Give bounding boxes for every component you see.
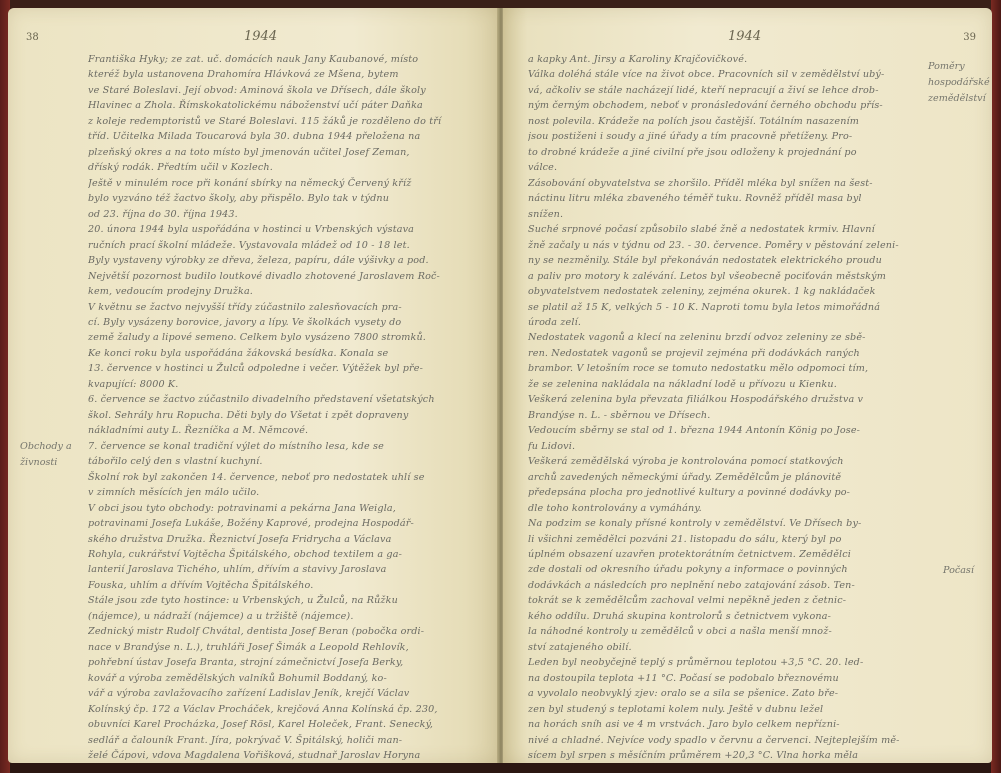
text-line: la náhodné kontroly u zemědělců v obci a… bbox=[528, 624, 938, 639]
text-line: Suché srpnové počasí způsobilo slabé žně… bbox=[528, 222, 938, 237]
text-line: li všichni zemědělci pozváni 21. listopa… bbox=[528, 532, 938, 547]
text-line: a vyvolalo neobvyklý zjev: oralo se a si… bbox=[528, 686, 938, 701]
text-line: zde dostali od okresního úřadu pokyny a … bbox=[528, 562, 938, 577]
text-line: 13. července v hostinci u Žulců odpoledn… bbox=[88, 361, 493, 376]
text-line: Rohyla, cukrářství Vojtěcha Špitálského,… bbox=[88, 547, 493, 562]
text-line: Ke konci roku byla uspořádána žákovská b… bbox=[88, 346, 493, 361]
text-line: želé Čápovi, vdova Magdalena Vořišková, … bbox=[88, 748, 493, 763]
page-number: 39 bbox=[963, 32, 976, 43]
text-line: Válka doléhá stále více na život obce. P… bbox=[528, 67, 938, 82]
text-line: sícem byl srpen s měsíčním průměrem +20,… bbox=[528, 748, 938, 763]
margin-note-obchody: Obchody a živnosti bbox=[20, 439, 80, 471]
text-line: Veškerá zelenina byla převzata filiálkou… bbox=[528, 392, 938, 407]
year-header: 1944 bbox=[728, 29, 761, 44]
text-line: ren. Nedostatek vagonů se projevil zejmé… bbox=[528, 346, 938, 361]
text-line: předepsána plocha pro jednotlivé kultury… bbox=[528, 485, 938, 500]
text-line: že se zelenina nakládala na nákladní lod… bbox=[528, 377, 938, 392]
text-line: sedlář a čalouník Frant. Jíra, pokrývač … bbox=[88, 733, 493, 748]
text-line: brambor. V letošním roce se tomuto nedos… bbox=[528, 361, 938, 376]
text-line: kem, vedoucím prodejny Družka. bbox=[88, 284, 493, 299]
text-line: Školní rok byl zakončen 14. července, ne… bbox=[88, 470, 493, 485]
left-page: 38 1944 Obchody a živnosti Františka Hyk… bbox=[8, 8, 500, 763]
text-line: plzeňský okres a na toto místo byl jmeno… bbox=[88, 145, 493, 160]
text-line: 20. února 1944 byla uspořádána v hostinc… bbox=[88, 222, 493, 237]
text-line: ným černým obchodem, neboť v pronásledov… bbox=[528, 98, 938, 113]
handwritten-text-block: Františka Hyky; ze zat. uč. domácích nau… bbox=[88, 52, 493, 764]
text-line: Ještě v minulém roce při konání sbírky n… bbox=[88, 176, 493, 191]
text-line: dříský rodák. Předtím učil v Kozlech. bbox=[88, 160, 493, 175]
text-line: tříd. Učitelka Milada Toucarová byla 30.… bbox=[88, 129, 493, 144]
text-line: bylo vyzváno též žactvo školy, aby přisp… bbox=[88, 191, 493, 206]
text-line: snížen. bbox=[528, 207, 938, 222]
text-line: V květnu se žactvo nejvyšší třídy zúčast… bbox=[88, 300, 493, 315]
text-line: Na podzim se konaly přísné kontroly v ze… bbox=[528, 516, 938, 531]
text-line: 7. července se konal tradiční výlet do m… bbox=[88, 439, 493, 454]
text-line: Vedoucím sběrny se stal od 1. března 194… bbox=[528, 423, 938, 438]
text-line: ství zatajeného obilí. bbox=[528, 640, 938, 655]
text-line: ny se nezměnily. Stále byl překonáván ne… bbox=[528, 253, 938, 268]
text-line: nost polevila. Krádeže na polích jsou ča… bbox=[528, 114, 938, 129]
text-line: Zednický mistr Rudolf Chvátal, dentista … bbox=[88, 624, 493, 639]
text-line: úplném obsazení uzavřen protektorátním č… bbox=[528, 547, 938, 562]
text-line: kého oddílu. Druhá skupina kontrolorů s … bbox=[528, 609, 938, 624]
text-line: lanterií Jaroslava Tichého, uhlím, dříví… bbox=[88, 562, 493, 577]
text-line: fu Lidovi. bbox=[528, 439, 938, 454]
text-line: kovář a výroba zemědělských valníků Bohu… bbox=[88, 671, 493, 686]
text-line: Nedostatek vagonů a klecí na zeleninu br… bbox=[528, 330, 938, 345]
right-page: 1944 39 Poměry hospodářské zemědělství P… bbox=[503, 8, 992, 763]
text-line: škol. Sehrály hru Ropucha. Děti byly do … bbox=[88, 408, 493, 423]
text-line: žně začaly u nás v týdnu od 23. - 30. če… bbox=[528, 238, 938, 253]
text-line: Stále jsou zde tyto hostince: u Vrbenský… bbox=[88, 593, 493, 608]
text-line: Fouska, uhlím a dřívím Vojtěcha Špitálsk… bbox=[88, 578, 493, 593]
text-line: vá, ačkoliv se stále nacházejí lidé, kte… bbox=[528, 83, 938, 98]
text-line: na horách sníh asi ve 4 m vrstvách. Jaro… bbox=[528, 717, 938, 732]
text-line: Františka Hyky; ze zat. uč. domácích nau… bbox=[88, 52, 493, 67]
text-line: (nájemce), u nádraží (nájemce) a u tržiš… bbox=[88, 609, 493, 624]
text-line: Veškerá zemědělská výroba je kontrolován… bbox=[528, 454, 938, 469]
handwritten-text-block: a kapky Ant. Jirsy a Karoliny Krajčovičk… bbox=[528, 52, 938, 764]
text-line: Zásobování obyvatelstva se zhoršilo. Pří… bbox=[528, 176, 938, 191]
open-book: 38 1944 Obchody a živnosti Františka Hyk… bbox=[0, 0, 1001, 773]
text-line: země žaludy a lipové semeno. Celkem bylo… bbox=[88, 330, 493, 345]
text-line: dodávkách a následcích pro neplnění nebo… bbox=[528, 578, 938, 593]
text-line: Leden byl neobyčejně teplý s průměrnou t… bbox=[528, 655, 938, 670]
text-line: a paliv pro motory k zalévání. Letos byl… bbox=[528, 269, 938, 284]
margin-note-pocasi: Počasí bbox=[943, 563, 989, 579]
text-line: jsou postiženi i soudy a jiné úřady a tí… bbox=[528, 129, 938, 144]
text-line: náctinu litru mléka zbaveného téměř tuku… bbox=[528, 191, 938, 206]
text-line: Brandýse n. L. - sběrnou ve Dřísech. bbox=[528, 408, 938, 423]
text-line: dle toho kontrolovány a vymáhány. bbox=[528, 501, 938, 516]
text-line: potravinami Josefa Lukáše, Božény Kaprov… bbox=[88, 516, 493, 531]
text-line: ského družstva Družka. Řeznictví Josefa … bbox=[88, 532, 493, 547]
book-cover-right-edge bbox=[991, 0, 1001, 773]
text-line: tokrát se k zemědělcům zachoval velmi ne… bbox=[528, 593, 938, 608]
text-line: kteréž byla ustanovena Drahomíra Hlávkov… bbox=[88, 67, 493, 82]
text-line: kvapující: 8000 K. bbox=[88, 377, 493, 392]
text-line: Největší pozornost budilo loutkové divad… bbox=[88, 269, 493, 284]
text-line: a kapky Ant. Jirsy a Karoliny Krajčovičk… bbox=[528, 52, 938, 67]
text-line: od 23. října do 30. října 1943. bbox=[88, 207, 493, 222]
text-line: Byly vystaveny výrobky ze dřeva, železa,… bbox=[88, 253, 493, 268]
text-line: Kolínský čp. 172 a Václav Procháček, kre… bbox=[88, 702, 493, 717]
text-line: Hlavinec a Zhola. Římskokatolickému nábo… bbox=[88, 98, 493, 113]
text-line: na dostoupila teplota +11 °C. Počasí se … bbox=[528, 671, 938, 686]
text-line: vář a výroba zavlažovacího zařízení Ladi… bbox=[88, 686, 493, 701]
page-number: 38 bbox=[26, 32, 39, 43]
text-line: 6. července se žactvo zúčastnilo divadel… bbox=[88, 392, 493, 407]
year-header: 1944 bbox=[244, 29, 277, 44]
text-line: nákladními auty L. Řezníčka a M. Němcové… bbox=[88, 423, 493, 438]
text-line: pohřební ústav Josefa Branta, strojní zá… bbox=[88, 655, 493, 670]
text-line: zen byl studený s teplotami kolem nuly. … bbox=[528, 702, 938, 717]
text-line: ve Staré Boleslavi. Její obvod: Aminová … bbox=[88, 83, 493, 98]
text-line: obyvatelstvem nedostatek zeleniny, zejmé… bbox=[528, 284, 938, 299]
text-line: se platil až 15 K, velkých 5 - 10 K. Nap… bbox=[528, 300, 938, 315]
text-line: válce. bbox=[528, 160, 938, 175]
text-line: V obci jsou tyto obchody: potravinami a … bbox=[88, 501, 493, 516]
text-line: to drobné krádeže a jiné civilní pře jso… bbox=[528, 145, 938, 160]
text-line: úroda zelí. bbox=[528, 315, 938, 330]
text-line: obuvníci Karel Procházka, Josef Rösl, Ka… bbox=[88, 717, 493, 732]
text-line: ručních prací školní mládeže. Vystavoval… bbox=[88, 238, 493, 253]
text-line: nace v Brandýse n. L.), truhláři Josef Š… bbox=[88, 640, 493, 655]
text-line: v zimních měsících jen málo učilo. bbox=[88, 485, 493, 500]
text-line: cí. Byly vysázeny borovice, javory a líp… bbox=[88, 315, 493, 330]
text-line: archů zavedených německými úřady. Zemědě… bbox=[528, 470, 938, 485]
text-line: nivé a chladné. Nejvíce vody spadlo v če… bbox=[528, 733, 938, 748]
text-line: tábořilo celý den s vlastní kuchyní. bbox=[88, 454, 493, 469]
text-line: z koleje redemptoristů ve Staré Boleslav… bbox=[88, 114, 493, 129]
